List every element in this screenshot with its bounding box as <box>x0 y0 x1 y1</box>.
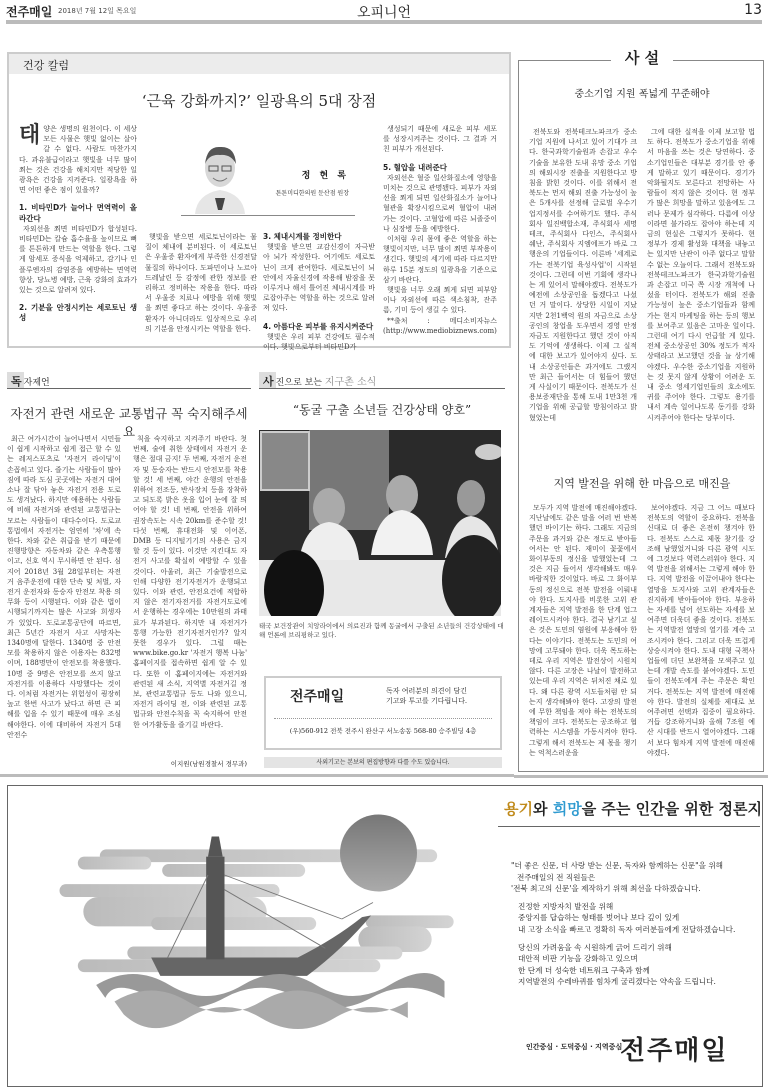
ad-paragraph-2: 진정한 지방자치 발전을 위해 중앙지를 답습하는 형태를 벗어나 보다 깊이 … <box>508 901 758 936</box>
photo-news-section: 사진으로 보는 지구촌 소식 “동굴 구출 소년들 건강상태 양호” 태국 보건… <box>259 372 505 640</box>
subheading-2: 2. 기분을 안정시키는 세로토닌 생성 <box>19 303 137 323</box>
paragraph: 이처럼 우리 몸에 좋은 역할을 하는 햇빛이지만, 너무 많이 쬐면 부작용이… <box>383 234 497 285</box>
author-role: 튼튼미디한의원 둔산점 원장 <box>276 188 349 197</box>
paragraph: 자외선을 쬐면 비타민D가 합성된다. 비타민D는 칼슘 흡수율을 높이므로 뼈… <box>19 224 137 295</box>
photo-section-header: 사진으로 보는 지구촌 소식 <box>259 372 505 389</box>
editorial-title-1: 중소기업 지원 폭넓게 꾸준해야 <box>519 85 765 100</box>
header-divider <box>6 20 762 24</box>
editorial-section: 사 설 중소기업 지원 폭넓게 꾸준해야 전북도와 전북테크노파크가 중소기업 … <box>518 60 764 772</box>
editorial-1-col-1: 전북도와 전북테크노파크가 중소기업 지원에 나서고 있어 기대가 크다. 한국… <box>529 127 637 457</box>
paragraph: 햇빛은 우리 피부 건강에도 필수적이다. 햇빛으로부터 비타민D가 <box>263 332 375 352</box>
author-portrait: 정 현 록 튼튼미디한의원 둔산점 원장 <box>181 138 355 216</box>
subheading-4: 4. 아름다운 피부를 유지시켜준다 <box>263 322 375 332</box>
ship-illustration-icon <box>32 800 472 1060</box>
newspaper-ad: 용기와 희망을 주는 인간을 위한 정론지 "더 좋은 신문, 더 사랑 받는 … <box>7 785 763 1087</box>
photo-news-title: “동굴 구출 소년들 건강상태 양호” <box>259 401 505 418</box>
paragraph: 햇빛을 너무 오래 쬐게 되면 피부암이나 자외선에 따른 색소침착, 잔주름,… <box>383 285 497 316</box>
ad-body: "더 좋은 신문, 더 사랑 받는 신문, 독자와 함께하는 신문"을 위해 전… <box>508 860 758 994</box>
paragraph: 자외선은 혈중 일산화질소에 영향을 미치는 것으로 관명됐다. 피부가 자외선… <box>383 173 497 234</box>
dropcap: 태 <box>19 124 40 146</box>
section-title: 오피니언 <box>0 2 768 22</box>
health-article-title: ‘근육 강화까지?’ 일광욕의 5대 장점 <box>9 90 509 111</box>
divider <box>514 775 768 778</box>
ad-paragraph-1: "더 좋은 신문, 더 사랑 받는 신문, 독자와 함께하는 신문"을 위해 전… <box>508 860 758 895</box>
health-col-1: 태양은 생명의 원천이다. 이 세상 모든 사물은 햇빛 없이는 살아갈 수 없… <box>19 124 137 324</box>
ad-tagline: 인간중심 · 도덕중심 · 지역중심 <box>526 1042 622 1052</box>
health-col-4: 생성되기 때문에 새로운 피부 세포를 성장시켜주는 것이다. 그 결과 거친 … <box>383 124 497 336</box>
reader-section-header: 독자제언 <box>7 372 251 389</box>
subheading-3: 3. 체내시계를 정비한다 <box>263 232 375 242</box>
ad-logo: 전주매일 <box>620 1030 728 1067</box>
editorial-1-col-2: 그에 대한 실적을 이제 보고할 법도 하다. 전북도가 중소기업을 위해서 마… <box>647 127 755 457</box>
paragraph: 햇빛을 받으면 세로토닌이라는 물질이 체내에 분비된다. 이 세로토닌은 우울… <box>145 232 257 334</box>
subheading-5: 5. 혈압을 내려준다 <box>383 163 497 173</box>
health-column: 건강 칼럼 ‘근육 강화까지?’ 일광욕의 5대 장점 태양은 생명의 원천이다… <box>7 52 511 348</box>
photo-image-icon <box>259 430 501 616</box>
health-col-2: 햇빛을 받으면 세로토닌이라는 물질이 체내에 분비된다. 이 세로토닌은 우울… <box>145 232 257 334</box>
press-briefing-photo <box>259 430 501 616</box>
ad-paragraph-3: 당신의 가려움을 속 시원하게 긁어 드리기 위해 대안적 비판 기능을 강화하… <box>508 942 758 988</box>
contribution-logo: 전주매일 <box>290 686 344 706</box>
page-number: 13 <box>744 2 762 18</box>
reader-opinion-section: 독자제언 자전거 관련 새로운 교통법규 꼭 숙지해주세요 최근 여가시간이 늘… <box>7 372 251 454</box>
contribution-address: (우)560-912 전북 전주시 완산구 서노송동 568-80 승주빌딩 4… <box>266 726 500 735</box>
reader-col-1: 최근 여가시간이 늘어나면서 시민들이 쉽게 시작하고 쉽게 접근 할 수 있는… <box>7 434 121 766</box>
editorial-2-col-2: 보여야겠다. 지금 그 어느 때보다 전북도의 역할이 중요하다. 전북을 신대… <box>647 503 755 763</box>
editorial-title-2: 지역 발전을 위해 한 마음으로 매진을 <box>519 475 765 491</box>
dotted-divider <box>274 718 492 719</box>
divider <box>498 826 760 827</box>
subheading-1: 1. 비타민D가 늘어나 면역력이 올라간다 <box>19 203 137 223</box>
health-col-3: 3. 체내시계를 정비한다 햇빛을 받으면 교감신경이 자극받아 뇌가 작성한다… <box>263 232 375 352</box>
ad-slogan: 용기와 희망을 주는 인간을 위한 정론지 <box>504 798 762 819</box>
divider <box>0 774 514 777</box>
contribution-message: 독자 여러분의 의견이 담긴 기고와 투고를 기다립니다. <box>386 686 467 706</box>
reader-col-2: 칙을 숙지하고 지켜주기 바란다. 첫 번째, 술에 취한 상태에서 자전거 운… <box>133 434 247 766</box>
photo-caption: 태국 보건장관이 치앙라이에서 의료진과 함께 동굴에서 구출된 소년들의 건강… <box>259 622 505 640</box>
author-photo-icon <box>191 138 249 214</box>
editorial-2-col-1: 모두가 지역 발전에 매진해야겠다. 지난날에도 같은 말을 여러 번 반복했던… <box>529 503 637 763</box>
masthead: 전주매일 2018년 7월 12일 목요일 오피니언 13 <box>0 0 768 24</box>
byline: 이지원(남원경찰서 경무과) <box>133 759 247 768</box>
disclaimer-notice: 사외기고는 본보의 편집방향과 다를 수도 있습니다. <box>264 757 502 768</box>
source-citation: **출처 : 메디소비자뉴스 (http://www.mediobiznews.… <box>383 316 497 336</box>
health-column-header: 건강 칼럼 <box>9 54 509 74</box>
author-name: 정 현 록 <box>302 168 349 181</box>
editorial-header: 사 설 <box>519 47 765 68</box>
paragraph: 생성되기 때문에 새로운 피부 세포를 성장시켜주는 것이다. 그 결과 거친 … <box>383 124 497 155</box>
contribution-box: 전주매일 독자 여러분의 의견이 담긴 기고와 투고를 기다립니다. (우)56… <box>264 676 502 750</box>
paragraph: 햇빛을 받으면 교감신경이 자극받아 뇌가 작성한다. 여기에도 세로토닌이 크… <box>263 242 375 313</box>
